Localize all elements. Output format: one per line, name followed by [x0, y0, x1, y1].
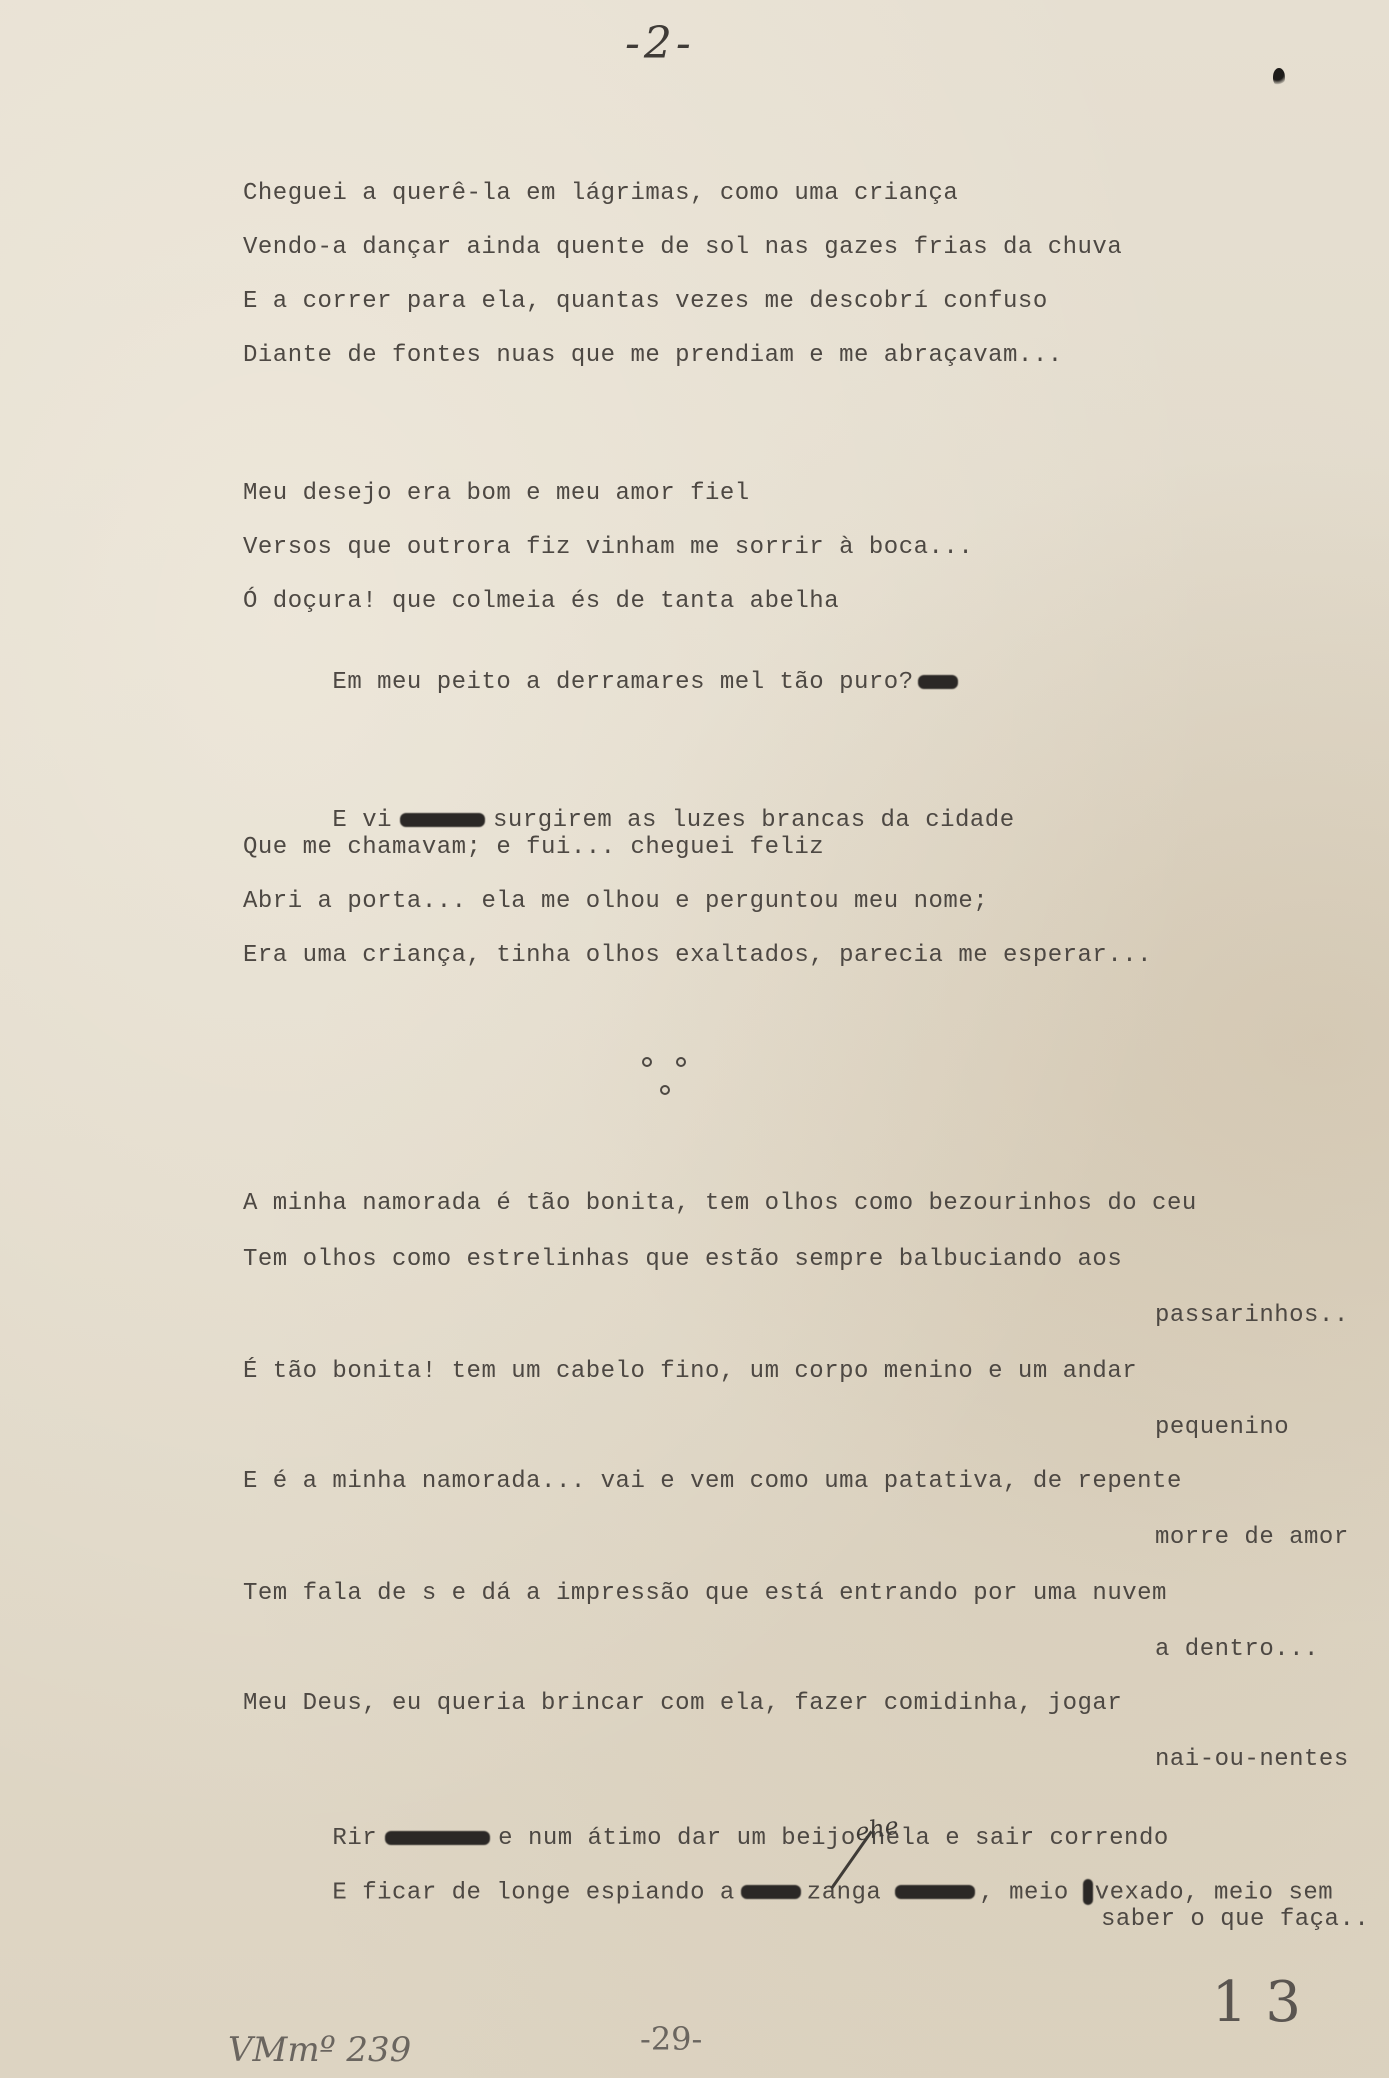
- poem-line-continuation: a dentro...: [1155, 1636, 1319, 1663]
- poem-line-text: zanga: [807, 1879, 882, 1906]
- poem-line: Tem fala de s e dá a impressão que está …: [243, 1580, 1167, 1607]
- poem-line: Abri a porta... ela me olhou e perguntou…: [243, 888, 988, 915]
- document-page: -2- Cheguei a querê-la em lágrimas, como…: [0, 0, 1389, 2078]
- poem-line-continuation: passarinhos..: [1155, 1302, 1349, 1329]
- poem-line-text: surgirem as luzes brancas da cidade: [493, 807, 1015, 834]
- poem-line-text: Em meu peito a derramares mel tão puro?: [332, 669, 913, 696]
- poem-line-text: vexado, meio sem: [1095, 1879, 1333, 1906]
- poem-line-continuation: pequenino: [1155, 1414, 1289, 1441]
- page-number-top: -2-: [625, 18, 695, 69]
- poem-line: Diante de fontes nuas que me prendiam e …: [243, 342, 1063, 369]
- stanza-separator: [640, 1055, 690, 1105]
- poem-line: Em meu peito a derramares mel tão puro?: [243, 642, 962, 723]
- poem-line: Vendo-a dançar ainda quente de sol nas g…: [243, 234, 1122, 261]
- poem-line: Versos que outrora fiz vinham me sorrir …: [243, 534, 973, 561]
- poem-line: Tem olhos como estrelinhas que estão sem…: [243, 1246, 1122, 1273]
- poem-line: É tão bonita! tem um cabelo fino, um cor…: [243, 1358, 1137, 1385]
- poem-line: A minha namorada é tão bonita, tem olhos…: [243, 1190, 1197, 1217]
- ink-strikeout: [918, 675, 958, 689]
- punch-hole-mark: [1273, 68, 1285, 86]
- poem-line-text: E vi: [332, 807, 392, 834]
- poem-line-continuation: nai-ou-nentes: [1155, 1746, 1349, 1773]
- separator-dot: [676, 1057, 686, 1067]
- ink-strikeout: [741, 1885, 801, 1899]
- page-number-bottom: -29-: [640, 2020, 702, 2058]
- poem-line: Que me chamavam; e fui... cheguei feliz: [243, 834, 824, 861]
- poem-line-continuation: morre de amor: [1155, 1524, 1349, 1551]
- ink-strikeout: [400, 813, 485, 827]
- folio-number: 13: [1212, 1970, 1319, 2035]
- archive-reference-mark: VMmº 239: [228, 2030, 411, 2070]
- ink-strikeout: [1083, 1879, 1093, 1905]
- poem-line-text: Rir: [332, 1825, 377, 1852]
- separator-dot: [660, 1085, 670, 1095]
- poem-line-text: e num átimo dar um beijo nela e sair cor…: [498, 1825, 1169, 1852]
- poem-line: Meu Deus, eu queria brincar com ela, faz…: [243, 1690, 1122, 1717]
- separator-dot: [642, 1057, 652, 1067]
- poem-line-text: E ficar de longe espiando a: [332, 1879, 734, 1906]
- ink-strikeout: [895, 1885, 975, 1899]
- poem-line-text: , meio: [979, 1879, 1068, 1906]
- poem-line: Meu desejo era bom e meu amor fiel: [243, 480, 750, 507]
- poem-line: Era uma criança, tinha olhos exaltados, …: [243, 942, 1152, 969]
- ink-strikeout: [385, 1831, 490, 1845]
- poem-line-continuation: saber o que faça..: [1101, 1906, 1369, 1933]
- poem-line: Ó doçura! que colmeia és de tanta abelha: [243, 588, 839, 615]
- poem-line: E a correr para ela, quantas vezes me de…: [243, 288, 1048, 315]
- poem-line: Cheguei a querê-la em lágrimas, como uma…: [243, 180, 958, 207]
- poem-line: E é a minha namorada... vai e vem como u…: [243, 1468, 1182, 1495]
